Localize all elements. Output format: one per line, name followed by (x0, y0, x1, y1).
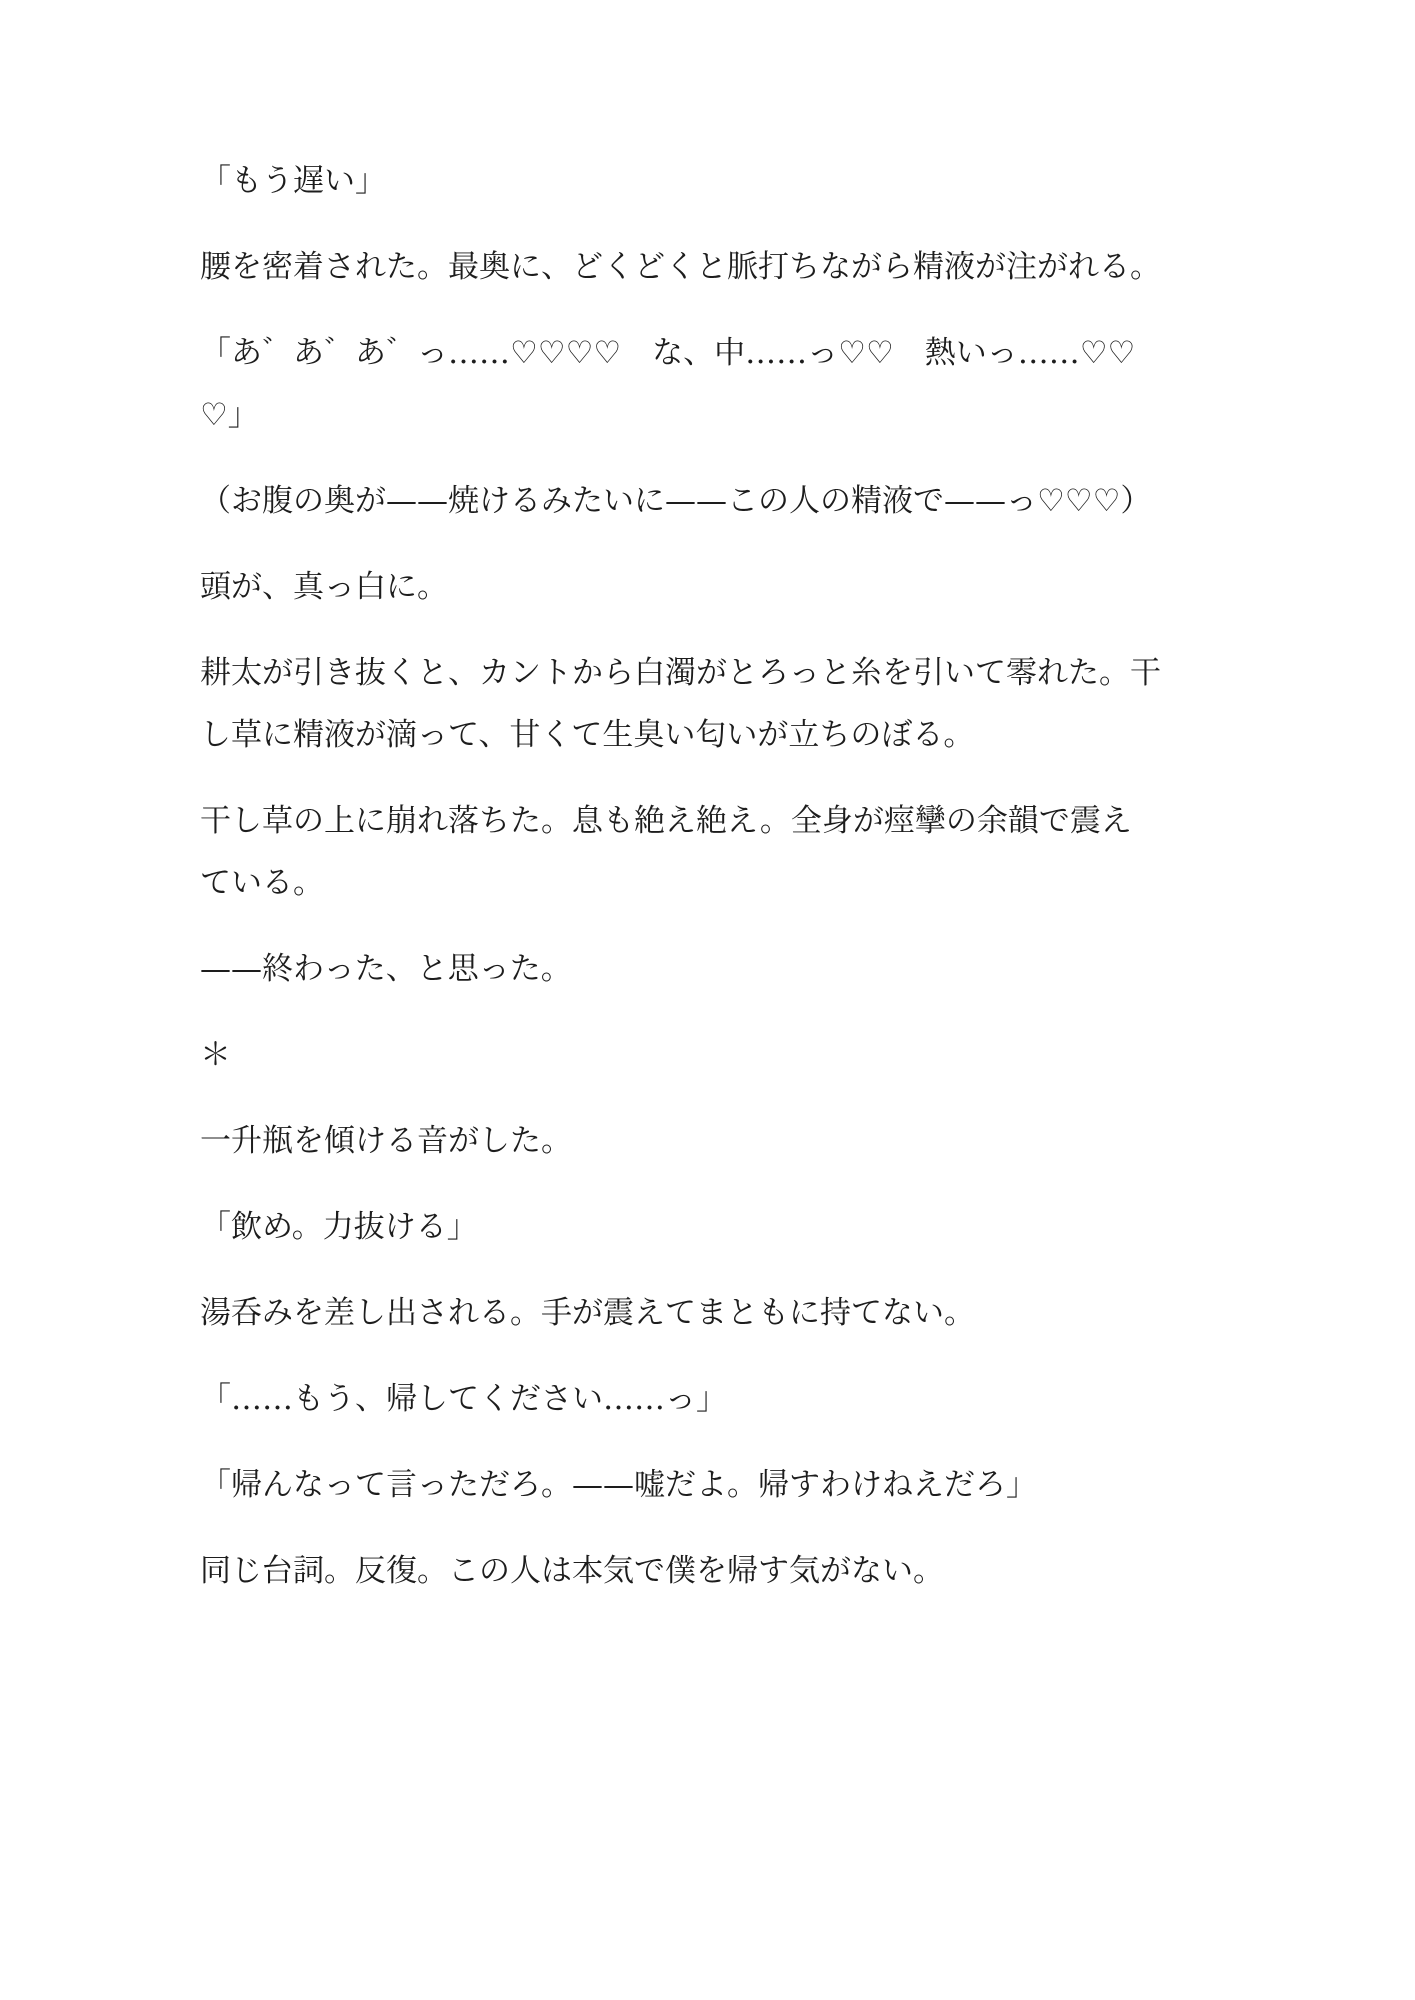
dialogue-line: 「帰んなって言っただろ。——嘘だよ。帰すわけねえだろ」 (200, 1454, 1162, 1516)
narration-paragraph: 同じ台詞。反復。この人は本気で僕を帰す気がない。 (200, 1540, 1162, 1602)
narration-paragraph: 一升瓶を傾ける音がした。 (200, 1110, 1162, 1172)
narration-paragraph: 腰を密着された。最奥に、どくどくと脈打ちながら精液が注がれる。 (200, 236, 1162, 298)
narration-paragraph: 頭が、真っ白に。 (200, 556, 1162, 618)
narration-paragraph: 湯呑みを差し出される。手が震えてまともに持てない。 (200, 1282, 1162, 1344)
document-page: 「もう遅い」 腰を密着された。最奥に、どくどくと脈打ちながら精液が注がれる。 「… (200, 150, 1162, 1626)
dialogue-line: 「あ゛あ゛あ゛っ……♡♡♡♡ な、中……っ♡♡ 熱いっ……♡♡♡」 (200, 322, 1162, 446)
narration-paragraph: 耕太が引き抜くと、カントから白濁がとろっと糸を引いて零れた。干し草に精液が滴って… (200, 642, 1162, 766)
dialogue-line: 「もう遅い」 (200, 150, 1162, 212)
thought-paragraph: （お腹の奥が——焼けるみたいに——この人の精液で——っ♡♡♡） (200, 470, 1162, 532)
narration-paragraph: 干し草の上に崩れ落ちた。息も絶え絶え。全身が痙攣の余韻で震えている。 (200, 790, 1162, 914)
scene-break-asterisk: ＊ (200, 1024, 1162, 1086)
dialogue-line: 「……もう、帰してください……っ」 (200, 1368, 1162, 1430)
dialogue-line: 「飲め。力抜ける」 (200, 1196, 1162, 1258)
narration-paragraph: ——終わった、と思った。 (200, 938, 1162, 1000)
